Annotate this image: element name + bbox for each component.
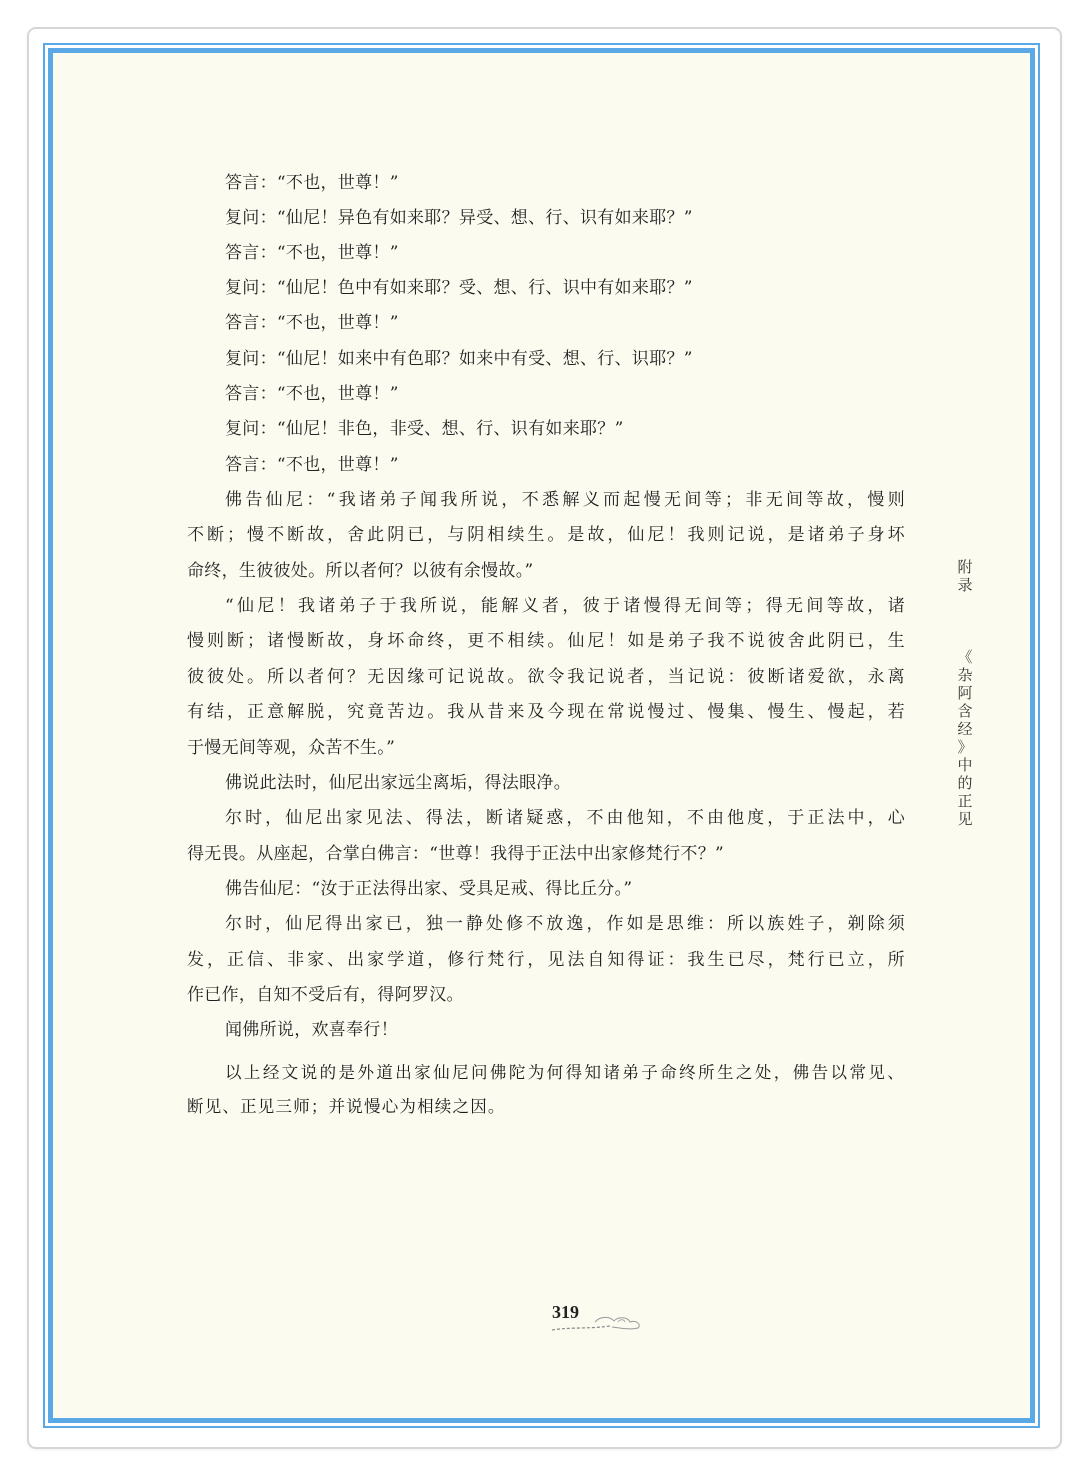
text-line: 闻佛所说，欢喜奉行！ — [225, 1019, 398, 1041]
text-line: 复问：“仙尼！如来中有色耶？如来中有受、想、行、识耶？” — [225, 348, 693, 370]
side-char: 附 — [955, 558, 975, 576]
text-line: 答言：“不也，世尊！” — [225, 172, 399, 194]
text-line: 作已作，自知不受后有，得阿罗汉。 — [187, 984, 464, 1006]
page-border-thick — [48, 48, 1035, 1423]
text-line: 佛说此法时，仙尼出家远尘离垢，得法眼净。 — [225, 772, 571, 794]
text-line: 得无畏。从座起，合掌白佛言：“世尊！我得于正法中出家修梵行不？” — [187, 843, 724, 865]
text-line: 复问：“仙尼！异色有如来耶？异受、想、行、识有如来耶？” — [225, 207, 693, 229]
text-line: 佛告仙尼：“我诸弟子闻我所说，不悉解义而起慢无间等；非无间等故，慢则 — [225, 489, 905, 511]
text-line: 有结，正意解脱，究竟苦边。我从昔来及今现在常说慢过、慢集、慢生、慢起，若 — [187, 701, 905, 723]
commentary-line: 断见、正见三师；并说慢心为相续之因。 — [187, 1096, 506, 1118]
text-line: 彼彼处。所以者何？无因缘可记说故。欲令我记说者，当记说：彼断诸爱欲，永离 — [187, 666, 905, 688]
side-char: 阿 — [955, 684, 975, 702]
text-line: 答言：“不也，世尊！” — [225, 312, 399, 334]
side-char: 》 — [955, 738, 975, 756]
side-char: 《 — [955, 648, 975, 666]
text-line: 答言：“不也，世尊！” — [225, 383, 399, 405]
cloud-ornament-icon — [550, 1312, 645, 1334]
text-line: 尔时，仙尼得出家已，独一静处修不放逸，作如是思维：所以族姓子，剃除须 — [225, 913, 905, 935]
text-line: 尔时，仙尼出家见法、得法，断诸疑惑，不由他知，不由他度，于正法中，心 — [225, 807, 905, 829]
text-line: 慢则断；诸慢断故，身坏命终，更不相续。仙尼！如是弟子我不说彼舍此阴已，生 — [187, 630, 905, 652]
commentary-line: 以上经文说的是外道出家仙尼问佛陀为何得知诸弟子命终所生之处，佛告以常见、 — [225, 1062, 905, 1084]
text-line: 发，正信、非家、出家学道，修行梵行，见法自知得证：我生已尽，梵行已立，所 — [187, 949, 905, 971]
side-char: 录 — [955, 576, 975, 594]
text-line: 命终，生彼彼处。所以者何？以彼有余慢故。” — [187, 560, 534, 582]
side-char: 杂 — [955, 666, 975, 684]
text-line: 于慢无间等观，众苦不生。” — [187, 737, 395, 759]
text-line: 复问：“仙尼！色中有如来耶？受、想、行、识中有如来耶？” — [225, 277, 693, 299]
side-char: 的 — [955, 774, 975, 792]
side-label-title: 《 杂 阿 含 经 》 中 的 正 见 — [955, 648, 975, 828]
side-label-section: 附 录 — [955, 558, 975, 594]
side-char: 中 — [955, 756, 975, 774]
text-line: “仙尼！我诸弟子于我所说，能解义者，彼于诸慢得无间等；得无间等故，诸 — [225, 595, 905, 617]
text-line: 答言：“不也，世尊！” — [225, 454, 399, 476]
side-char: 正 — [955, 792, 975, 810]
text-line: 答言：“不也，世尊！” — [225, 242, 399, 264]
side-char: 见 — [955, 810, 975, 828]
side-char: 经 — [955, 720, 975, 738]
side-char: 含 — [955, 702, 975, 720]
text-line: 复问：“仙尼！非色，非受、想、行、识有如来耶？” — [225, 418, 624, 440]
text-line: 佛告仙尼：“汝于正法得出家、受具足戒、得比丘分。” — [225, 878, 632, 900]
text-line: 不断；慢不断故，舍此阴已，与阴相续生。是故，仙尼！我则记说，是诸弟子身坏 — [187, 524, 905, 546]
